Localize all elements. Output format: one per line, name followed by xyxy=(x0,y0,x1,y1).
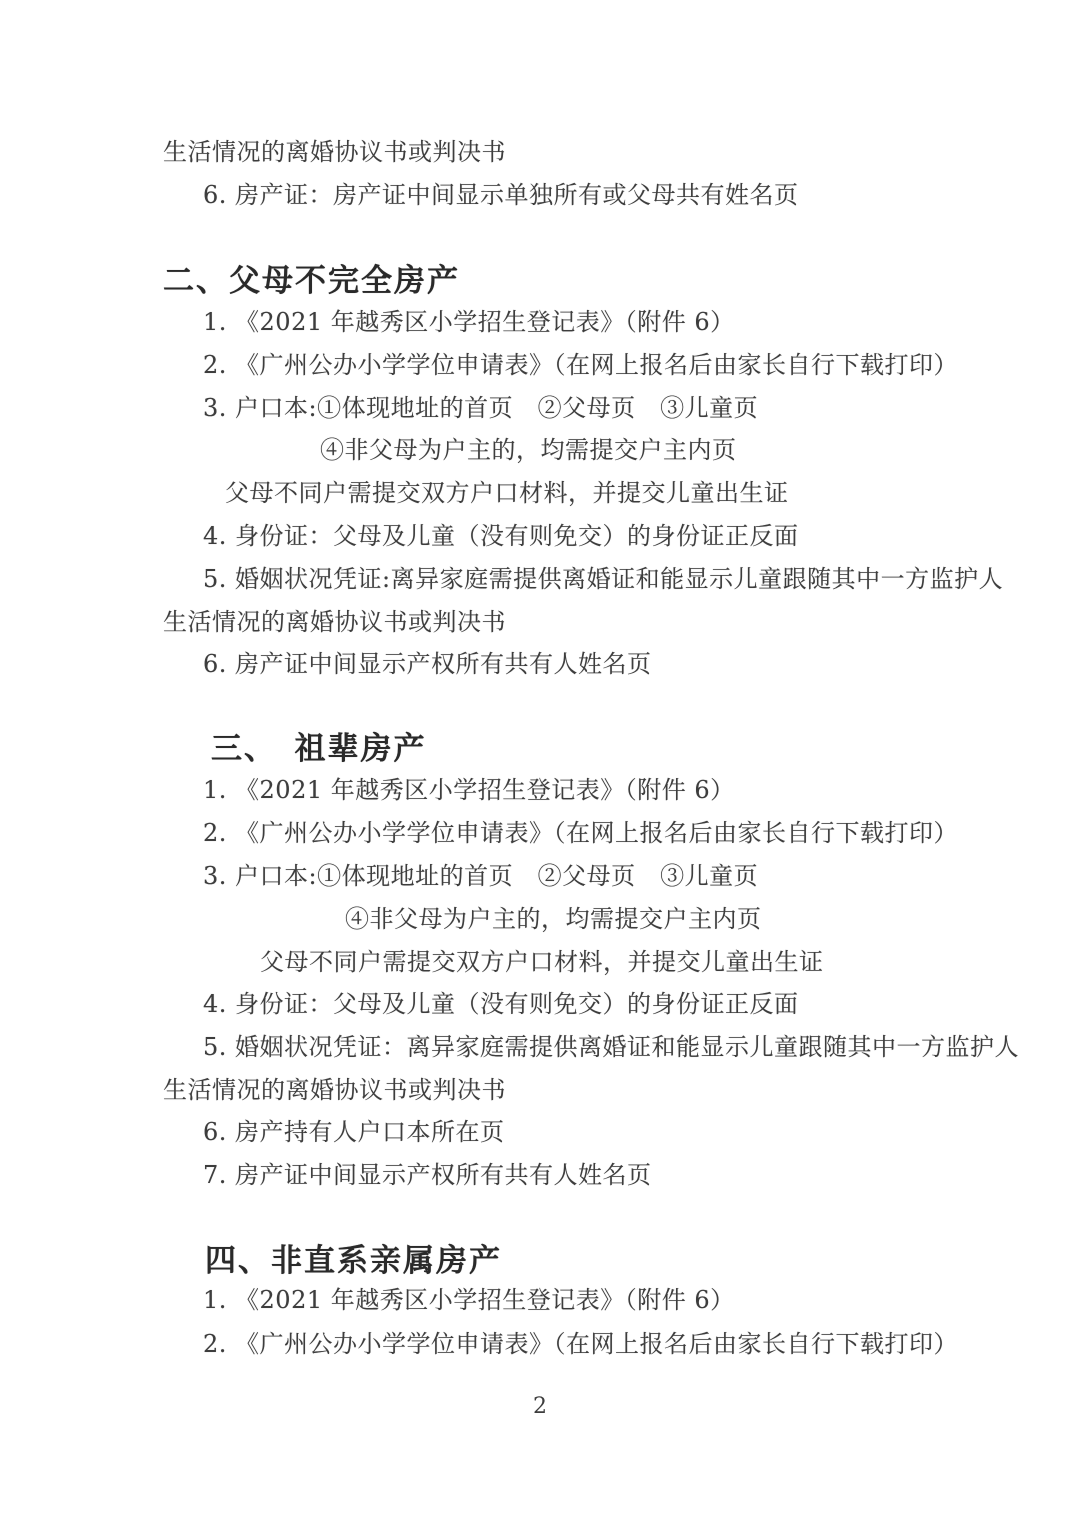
text-line-item: 6. 房产持有人户口本所在页 xyxy=(203,1120,505,1144)
document-page: 生活情况的离婚协议书或判决书 6. 房产证：房产证中间显示单独所有或父母共有姓名… xyxy=(0,0,1080,1528)
text-line-subitem: 父母不同户需提交双方户口材料，并提交儿童出生证 xyxy=(260,950,824,974)
text-line-item: 1. 《2021 年越秀区小学招生登记表》（附件 6） xyxy=(203,310,735,334)
page-number: 2 xyxy=(0,1396,1080,1418)
section-heading-3: 三、 祖辈房产 xyxy=(211,734,427,765)
text-line-item: 1. 《2021 年越秀区小学招生登记表》（附件 6） xyxy=(203,1288,735,1312)
text-line-item: 2. 《广州公办小学学位申请表》（在网上报名后由家长自行下载打印） xyxy=(203,1332,958,1356)
text-line-item: 1. 《2021 年越秀区小学招生登记表》（附件 6） xyxy=(203,778,735,802)
text-line-item: 3. 户口本:①体现地址的首页 ②父母页 ③儿童页 xyxy=(203,396,758,420)
text-line-item: 5. 婚姻状况凭证:离异家庭需提供离婚证和能显示儿童跟随其中一方监护人 xyxy=(203,567,1003,591)
text-line-item: 3. 户口本:①体现地址的首页 ②父母页 ③儿童页 xyxy=(203,864,758,888)
text-line-item: 5. 婚姻状况凭证：离异家庭需提供离婚证和能显示儿童跟随其中一方监护人 xyxy=(203,1035,1019,1059)
text-line-item: 6. 房产证中间显示产权所有共有人姓名页 xyxy=(203,652,652,676)
text-line-item: 7. 房产证中间显示产权所有共有人姓名页 xyxy=(203,1163,652,1187)
text-line-item: 2. 《广州公办小学学位申请表》（在网上报名后由家长自行下载打印） xyxy=(203,353,958,377)
section-heading-2: 二、父母不完全房产 xyxy=(163,266,460,297)
text-line-continuation: 生活情况的离婚协议书或判决书 xyxy=(163,610,506,634)
text-line-continuation: 生活情况的离婚协议书或判决书 xyxy=(163,140,506,164)
text-line-item: 6. 房产证：房产证中间显示单独所有或父母共有姓名页 xyxy=(203,183,799,207)
text-line-subitem: 父母不同户需提交双方户口材料，并提交儿童出生证 xyxy=(225,481,789,505)
text-line-item: 2. 《广州公办小学学位申请表》（在网上报名后由家长自行下载打印） xyxy=(203,821,958,845)
text-line-subitem: ④非父母为户主的，均需提交户主内页 xyxy=(320,438,737,462)
section-heading-4: 四、非直系亲属房产 xyxy=(205,1246,502,1277)
text-line-item: 4. 身份证：父母及儿童（没有则免交）的身份证正反面 xyxy=(203,992,799,1016)
text-line-continuation: 生活情况的离婚协议书或判决书 xyxy=(163,1078,506,1102)
text-line-subitem: ④非父母为户主的，均需提交户主内页 xyxy=(345,907,762,931)
text-line-item: 4. 身份证：父母及儿童（没有则免交）的身份证正反面 xyxy=(203,524,799,548)
